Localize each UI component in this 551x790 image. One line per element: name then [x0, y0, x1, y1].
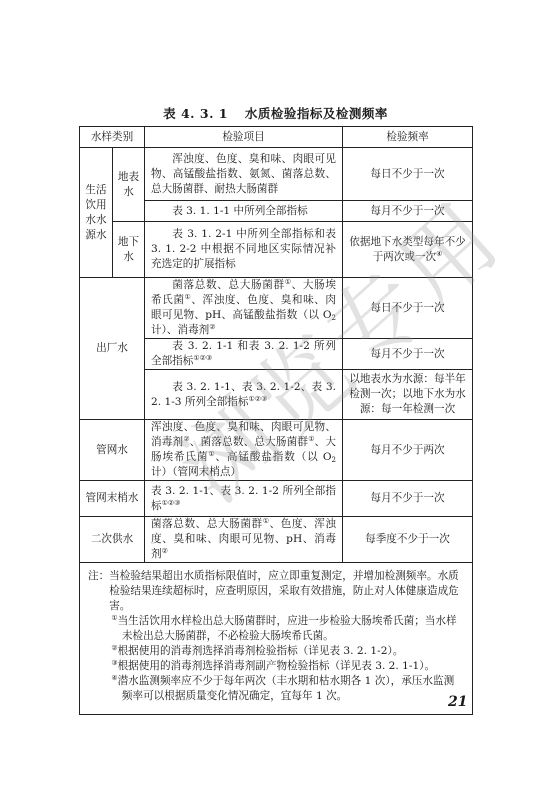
- frequency-cell: 每月不少于一次: [343, 201, 473, 222]
- notes-row: 注：当检验结果超出水质指标限值时，应立即重复测定，并增加检测频率。水质检验结果连…: [80, 563, 473, 715]
- test-items-cell: 表 3. 2. 1-1、表 3. 2. 1-2、表 3. 2. 1-3 所列全部…: [145, 370, 343, 420]
- footnote-mark: ①②③: [162, 499, 181, 507]
- sample-type-finished-water: 出厂水: [80, 278, 145, 420]
- footnote-text: 当生活饮用水样检出总大肠菌群时，应进一步检验大肠埃希氏菌；当水样未检出总大肠菌群…: [118, 615, 457, 642]
- frequency-cell: 每季度不少于一次: [343, 517, 473, 563]
- table-row: 地下水 表 3. 1. 2-1 中所列全部指标和表 3. 1. 2-2 中根据不…: [80, 222, 473, 278]
- table-row: 二次供水 菌落总数、总大肠菌群①、色度、浑浊度、臭和味、肉眼可见物、pH、消毒剂…: [80, 517, 473, 563]
- subtype-surface-water: 地表水: [113, 148, 145, 222]
- footnote-mark: ①②③: [193, 354, 212, 362]
- text: 表 3. 2. 1-1 和表 3. 2. 1-2 所列全部指标: [151, 340, 336, 367]
- footnote-mark: ①: [263, 517, 270, 525]
- test-items-cell: 浑浊度、色度、臭和味、肉眼可见物、高锰酸盐指数、氨氮、菌落总数、总大肠菌群、耐热…: [145, 148, 343, 201]
- subscript: 2: [332, 314, 336, 322]
- text: 、高锰酸盐指数（以 O: [215, 451, 331, 463]
- text: 菌落总数、总大肠菌群: [172, 279, 285, 291]
- table-row: 生活饮用水水源水 地表水 浑浊度、色度、臭和味、肉眼可见物、高锰酸盐指数、氨氮、…: [80, 148, 473, 201]
- footnote-4: ④潜水监测频率应不少于每年两次（丰水期和枯水期各 1 次），承压水监测频率可以根…: [88, 674, 464, 704]
- footnote-text: 根据使用的消毒剂选择消毒剂检验指标（详见表 3. 2. 1-2）。: [118, 645, 404, 657]
- footnote-text: 根据使用的消毒剂选择消毒剂副产物检验指标（详见表 3. 2. 1-1）。: [118, 660, 436, 672]
- footnote-mark: ①: [285, 278, 292, 286]
- water-quality-table: 水样类别 检验项目 检验频率 生活饮用水水源水 地表水 浑浊度、色度、臭和味、肉…: [79, 126, 473, 715]
- frequency-cell: 每日不少于一次: [343, 278, 473, 339]
- frequency-cell: 每月不少于两次: [343, 420, 473, 481]
- test-items-cell: 浑浊度、色度、臭和味、肉眼可见物、消毒剂②、菌落总数、总大肠菌群①、大肠埃希氏菌…: [145, 420, 343, 481]
- footnote-text: 潜水监测频率应不少于每年两次（丰水期和枯水期各 1 次），承压水监测频率可以根据…: [118, 675, 455, 702]
- table-header-row: 水样类别 检验项目 检验频率: [80, 127, 473, 148]
- table-title-text: 水质检验指标及检测频率: [245, 106, 388, 121]
- footnote-2: ②根据使用的消毒剂选择消毒剂检验指标（详见表 3. 2. 1-2）。: [88, 644, 464, 659]
- footnote-mark: ④: [436, 250, 442, 258]
- sample-type-network-end-water: 管网末梢水: [80, 481, 145, 517]
- footnote-mark: ②: [209, 323, 215, 331]
- notes-cell: 注：当检验结果超出水质指标限值时，应立即重复测定，并增加检测频率。水质检验结果连…: [80, 563, 473, 715]
- test-items-cell: 菌落总数、总大肠菌群①、大肠埃希氏菌①、浑浊度、色度、臭和味、肉眼可见物、pH、…: [145, 278, 343, 339]
- frequency-cell: 每月不少于一次: [343, 339, 473, 370]
- test-items-cell: 菌落总数、总大肠菌群①、色度、浑浊度、臭和味、肉眼可见物、pH、消毒剂②: [145, 517, 343, 563]
- frequency-cell: 每月不少于一次: [343, 481, 473, 517]
- table-row: 管网水 浑浊度、色度、臭和味、肉眼可见物、消毒剂②、菌落总数、总大肠菌群①、大肠…: [80, 420, 473, 481]
- footnote-mark: ②: [162, 547, 168, 555]
- test-items-cell: 表 3. 1. 1-1 中所列全部指标: [145, 201, 343, 222]
- frequency-cell: 每日不少于一次: [343, 148, 473, 201]
- frequency-text: 依据地下水类型每年不少于两次或一次: [349, 236, 466, 263]
- note-lead: 注：当检验结果超出水质指标限值时，应立即重复测定，并增加检测频率。水质检验结果连…: [88, 569, 464, 614]
- subscript: 2: [332, 456, 336, 464]
- subtype-groundwater: 地下水: [113, 222, 145, 278]
- test-items-cell: 表 3. 1. 2-1 中所列全部指标和表 3. 1. 2-2 中根据不同地区实…: [145, 222, 343, 278]
- table-title: 表 4. 3. 1 水质检验指标及检测频率: [0, 104, 551, 122]
- header-sample-type: 水样类别: [80, 127, 145, 148]
- footnote-1: ①当生活饮用水样检出总大肠菌群时，应进一步检验大肠埃希氏菌；当水样未检出总大肠菌…: [88, 614, 464, 644]
- sample-type-source-water: 生活饮用水水源水: [80, 148, 113, 278]
- text: 计）、消毒剂: [151, 324, 209, 336]
- footnote-3: ③根据使用的消毒剂选择消毒剂副产物检验指标（详见表 3. 2. 1-1）。: [88, 659, 464, 674]
- test-items-cell: 表 3. 2. 1-1 和表 3. 2. 1-2 所列全部指标①②③: [145, 339, 343, 370]
- text: 表 3. 2. 1-1、表 3. 2. 1-2、表 3. 2. 1-3 所列全部…: [151, 381, 336, 408]
- table-row: 出厂水 菌落总数、总大肠菌群①、大肠埃希氏菌①、浑浊度、色度、臭和味、肉眼可见物…: [80, 278, 473, 339]
- sample-type-secondary-supply: 二次供水: [80, 517, 145, 563]
- text: 菌落总数、总大肠菌群: [151, 518, 263, 530]
- table-row: 管网末梢水 表 3. 2. 1-1、表 3. 2. 1-2 所列全部指标①②③ …: [80, 481, 473, 517]
- frequency-cell: 依据地下水类型每年不少于两次或一次④: [343, 222, 473, 278]
- test-items-cell: 表 3. 2. 1-1、表 3. 2. 1-2 所列全部指标①②③: [145, 481, 343, 517]
- page-number: 21: [448, 694, 467, 710]
- frequency-cell: 以地表水为水源：每半年检测一次；以地下水为水源：每一年检测一次: [343, 370, 473, 420]
- text: 计）（管网末梢点）: [151, 466, 241, 478]
- footnote-mark: ①②③: [248, 395, 267, 403]
- sample-type-network-water: 管网水: [80, 420, 145, 481]
- table-number: 表 4. 3. 1: [163, 106, 228, 121]
- header-test-items: 检验项目: [145, 127, 343, 148]
- text: 、菌落总数、总大肠菌群: [190, 436, 308, 448]
- header-frequency: 检验频率: [343, 127, 473, 148]
